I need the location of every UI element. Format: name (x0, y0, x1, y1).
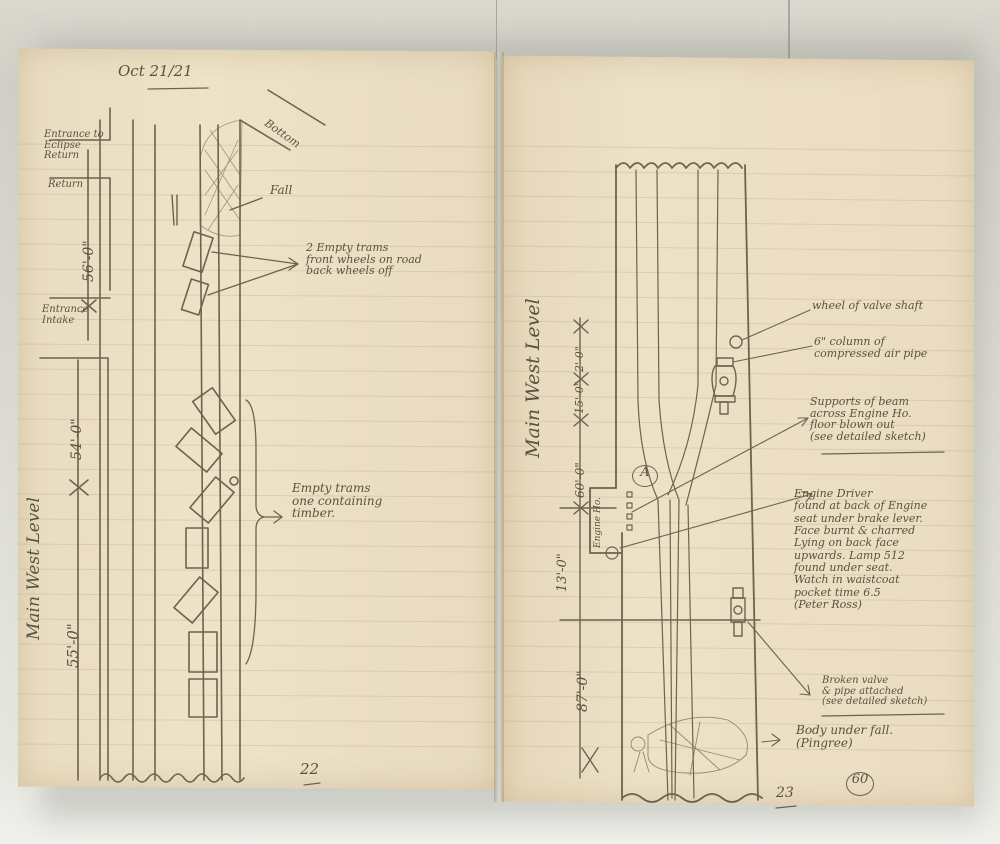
empty-trams-timber-note: Empty trams one containing timber. (292, 482, 382, 520)
air-pipe-note: 6" column of compressed air pipe (814, 336, 927, 359)
circled-number: 60 (846, 772, 874, 796)
two-empty-trams-note: 2 Empty trams front wheels on road back … (306, 242, 422, 277)
dimension-54ft: 54'-0" (70, 418, 85, 460)
level-label-right: Main West Level (524, 298, 544, 458)
broken-valve-note: Broken valve & pipe attached (see detail… (822, 676, 927, 708)
dimension-15ft: 15'-0" (574, 381, 586, 414)
entrance-intake-label: Entrance Intake (42, 305, 102, 326)
level-label-left: Main West Level (26, 497, 44, 640)
dimension-55ft: 55'-0" (66, 623, 82, 668)
page-number-22: 22 (300, 762, 319, 778)
dimension-13ft: 13'-0" (556, 553, 570, 592)
fall-hatch (200, 120, 242, 236)
dimension-60ft: 60'-0" (574, 462, 587, 498)
engine-house-label: Engine Ho. (594, 497, 603, 548)
marker-a: A (632, 465, 658, 487)
beam-supports-note: Supports of beam across Engine Ho. floor… (810, 396, 926, 442)
trams (174, 232, 238, 717)
dimension-2ft: 2'-0" (574, 346, 586, 372)
return-label: Return (48, 180, 83, 191)
dimension-87ft: 87'-0" (576, 670, 591, 712)
engine-house-buttons (606, 492, 632, 559)
dimension-56ft: 56'-0" (82, 240, 97, 282)
body-under-fall (631, 717, 748, 775)
body-under-fall-note: Body under fall. (Pingree) (796, 724, 893, 749)
engine-driver-note: Engine Driver found at back of Engine se… (794, 488, 927, 611)
date-label: Oct 21/21 (118, 64, 193, 80)
fall-pointer (172, 195, 262, 225)
entrance-label: Entrance to Eclipse Return (44, 130, 114, 162)
page-number-23: 23 (776, 786, 794, 801)
valve-fittings (712, 336, 745, 636)
valve-wheel-note: wheel of valve shaft (812, 300, 923, 312)
fall-label: Fall (270, 184, 292, 197)
